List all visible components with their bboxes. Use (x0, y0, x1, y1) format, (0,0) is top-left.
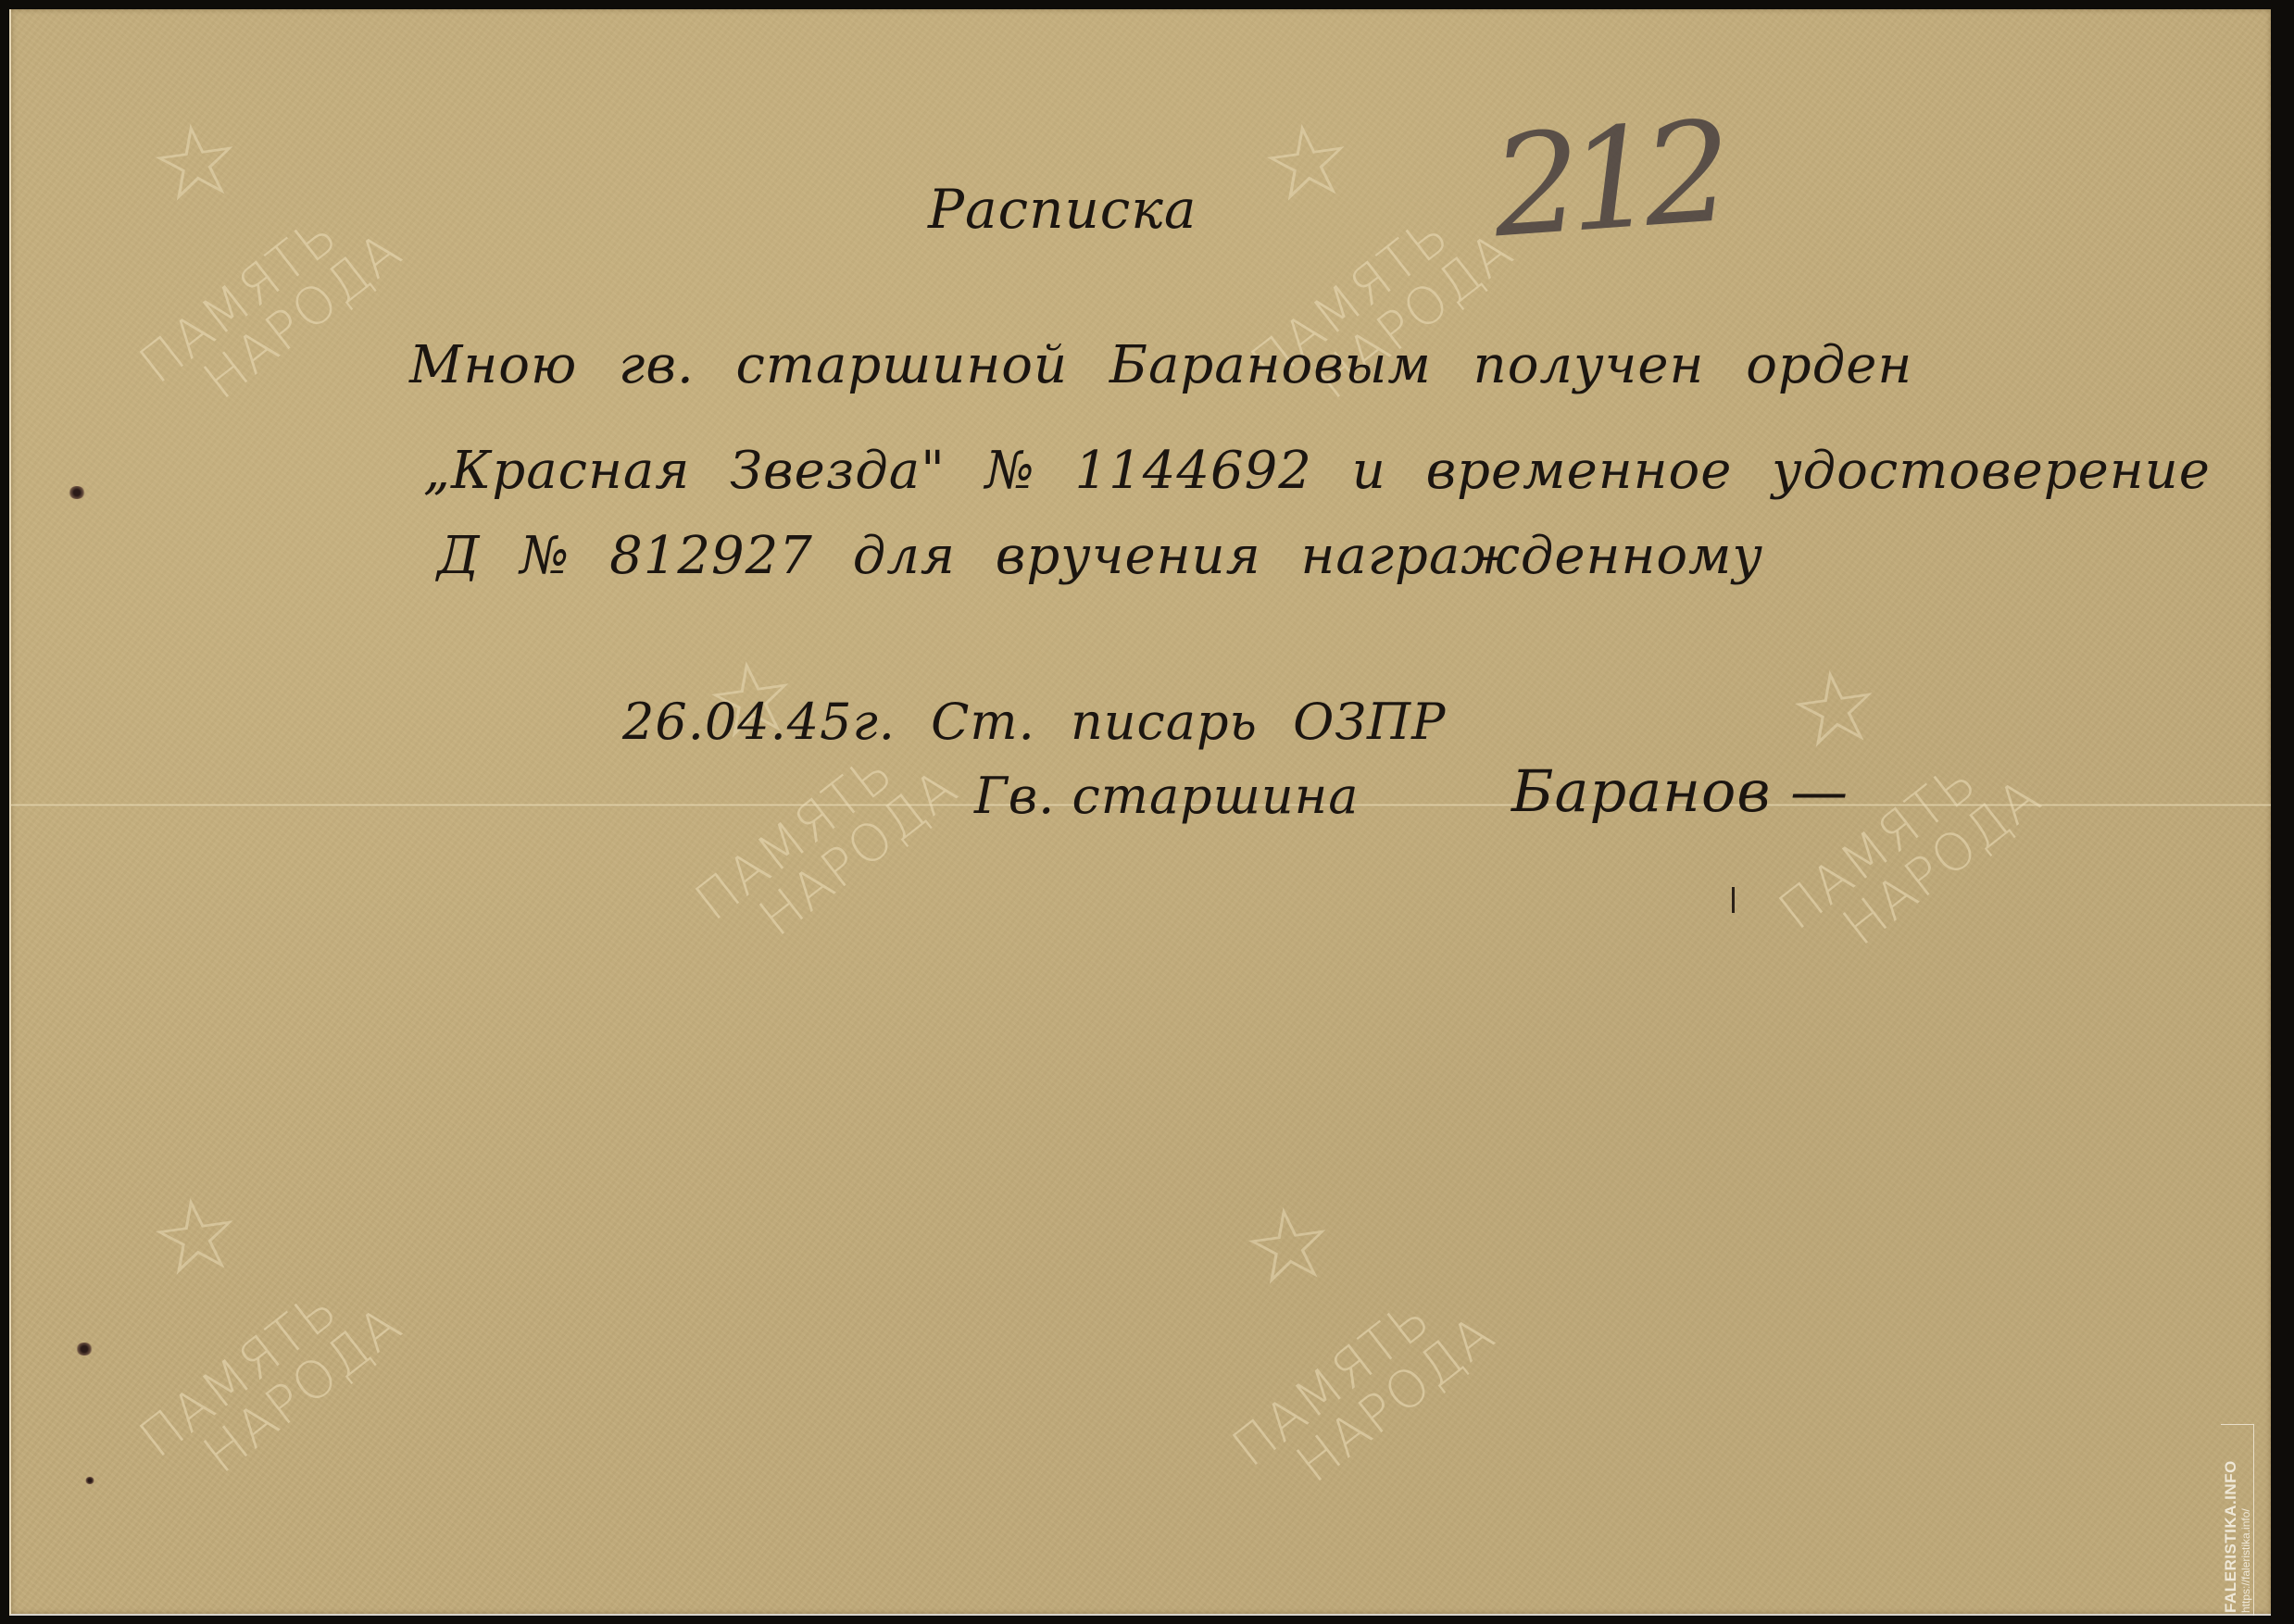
body-line-1: Мною гв. старшиной Барановым получен орд… (409, 335, 1912, 395)
watermark-line-2: НАРОДА (719, 761, 967, 970)
signature: Баранов — (1511, 757, 1849, 825)
star-icon: ☆ (1255, 106, 1360, 219)
signer-position: Ст. писарь ОЗПР (931, 693, 1446, 751)
watermark-line-1: ПАМЯТЬ (132, 1257, 380, 1467)
document-title: Расписка (928, 178, 1197, 241)
watermark: ☆ ПАМЯТЬ НАРОДА (113, 1185, 428, 1481)
archive-number: 212 (1488, 104, 1724, 258)
star-icon: ☆ (1236, 1189, 1341, 1303)
watermark-line-2: НАРОДА (1256, 1307, 1504, 1517)
watermark-line-2: НАРОДА (163, 224, 411, 433)
watermark-line-2: НАРОДА (163, 1298, 411, 1507)
body-line-3: Д № 812927 для вручения награжденному (437, 526, 1763, 586)
stray-pen-mark (1732, 887, 1735, 913)
signature-name: Баранов (1511, 757, 1771, 825)
document-page: ☆ ПАМЯТЬ НАРОДА ☆ ПАМЯТЬ НАРОДА ☆ ПАМЯТЬ… (9, 9, 2271, 1616)
star-icon: ☆ (144, 1180, 248, 1293)
watermark-line-1: ПАМЯТЬ (687, 720, 935, 930)
watermark-line-1: ПАМЯТЬ (132, 183, 380, 393)
star-icon: ☆ (1783, 652, 1887, 766)
watermark: ☆ ПАМЯТЬ НАРОДА (1206, 1194, 1521, 1491)
body-line-2: „Красная Звезда" № 1144692 и временное у… (423, 441, 2211, 501)
star-icon: ☆ (144, 106, 248, 219)
date-and-position: 26.04.45г. Ст. писарь ОЗПР (622, 693, 1446, 751)
punch-hole-lower (76, 1343, 93, 1355)
document-date: 26.04.45г. (622, 693, 896, 751)
watermark: ☆ ПАМЯТЬ НАРОДА (113, 111, 428, 407)
watermark-line-1: ПАМЯТЬ (1224, 1267, 1473, 1476)
signer-rank: Гв. старшина (974, 767, 1359, 825)
paper-spot (85, 1477, 94, 1484)
punch-hole-upper (69, 486, 85, 499)
watermark-line-2: НАРОДА (1274, 224, 1523, 433)
